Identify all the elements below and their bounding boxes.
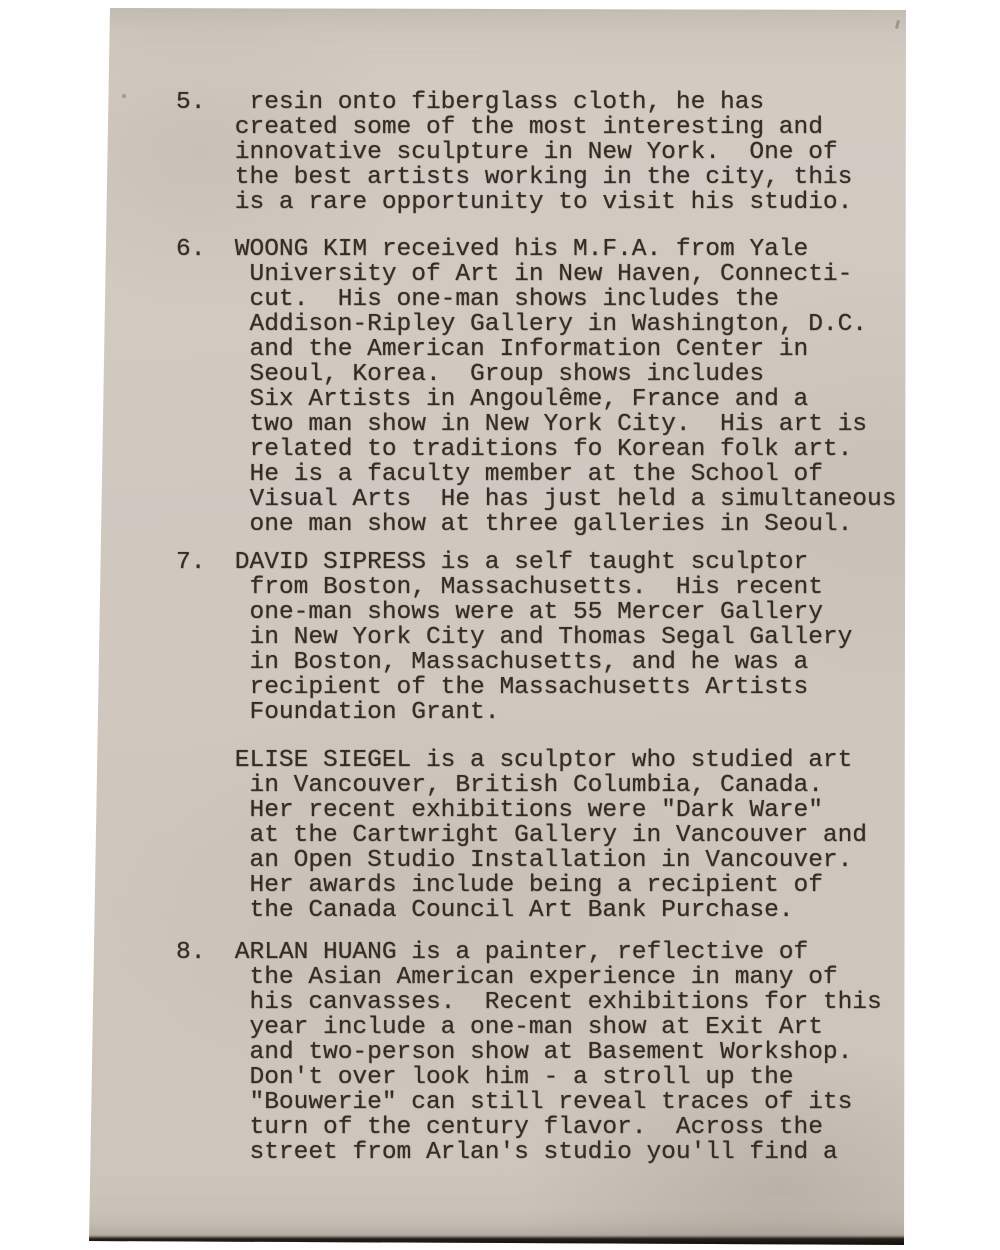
text-line: in New York City and Thomas Segal Galler… [176,625,896,650]
text-line: 5. resin onto fiberglass cloth, he has [176,90,896,115]
text-line: University of Art in New Haven, Connecti… [176,262,896,287]
text-line: in Vancouver, British Columbia, Canada. [176,773,896,798]
text-line: innovative sculpture in New York. One of [176,140,896,165]
text-line: two man show in New York City. His art i… [176,412,896,437]
text-line: 8. ARLAN HUANG is a painter, reflective … [176,940,896,965]
text-line: one-man shows were at 55 Mercer Gallery [176,600,896,625]
text-line: and the American Information Center in [176,337,896,362]
text-line: is a rare opportunity to visit his studi… [176,190,896,215]
text-line: Her awards include being a recipient of [176,873,896,898]
text-line: Seoul, Korea. Group shows includes [176,362,896,387]
typed-text: 5. resin onto fiberglass cloth, he has c… [176,90,896,1165]
text-line: created some of the most interesting and [176,115,896,140]
text-line: street from Arlan's studio you'll find a [176,1140,896,1165]
text-line: and two-person show at Basement Workshop… [176,1040,896,1065]
scan-speck [895,20,900,29]
text-line: 6. WOONG KIM received his M.F.A. from Ya… [176,237,896,262]
paper-bottom-edge [70,1235,930,1246]
text-line: an Open Studio Installation in Vancouver… [176,848,896,873]
list-item-7-continued: ELISE SIEGEL is a sculptor who studied a… [176,748,896,923]
text-line: cut. His one-man shows includes the [176,287,896,312]
text-line: the Canada Council Art Bank Purchase. [176,898,896,923]
list-item-5: 5. resin onto fiberglass cloth, he has c… [176,90,896,215]
list-item-7: 7. DAVID SIPRESS is a self taught sculpt… [176,550,896,725]
text-line: 7. DAVID SIPRESS is a self taught sculpt… [176,550,896,575]
text-line: He is a faculty member at the School of [176,462,896,487]
scanned-document: 5. resin onto fiberglass cloth, he has c… [0,0,1000,1250]
text-line: turn of the century flavor. Across the [176,1115,896,1140]
text-line: in Boston, Massachusetts, and he was a [176,650,896,675]
text-line: recipient of the Massachusetts Artists [176,675,896,700]
text-line: Visual Arts He has just held a simultane… [176,487,896,512]
text-line: Don't over look him - a stroll up the [176,1065,896,1090]
text-line: Foundation Grant. [176,700,896,725]
text-line: year include a one-man show at Exit Art [176,1015,896,1040]
text-line: at the Cartwright Gallery in Vancouver a… [176,823,896,848]
text-line: ELISE SIEGEL is a sculptor who studied a… [176,748,896,773]
text-line: Six Artists in Angoulême, France and a [176,387,896,412]
paper-sheet: 5. resin onto fiberglass cloth, he has c… [0,0,1000,1250]
text-line: Addison-Ripley Gallery in Washington, D.… [176,312,896,337]
text-line: the best artists working in the city, th… [176,165,896,190]
text-line: related to traditions fo Korean folk art… [176,437,896,462]
list-item-6: 6. WOONG KIM received his M.F.A. from Ya… [176,237,896,537]
text-line: the Asian American experience in many of [176,965,896,990]
scan-speck [122,94,126,98]
text-line: his canvasses. Recent exhibitions for th… [176,990,896,1015]
list-item-8: 8. ARLAN HUANG is a painter, reflective … [176,940,896,1165]
text-line: Her recent exhibitions were "Dark Ware" [176,798,896,823]
text-line: "Bouwerie" can still reveal traces of it… [176,1090,896,1115]
text-line: one man show at three galleries in Seoul… [176,512,896,537]
text-line: from Boston, Massachusetts. His recent [176,575,896,600]
